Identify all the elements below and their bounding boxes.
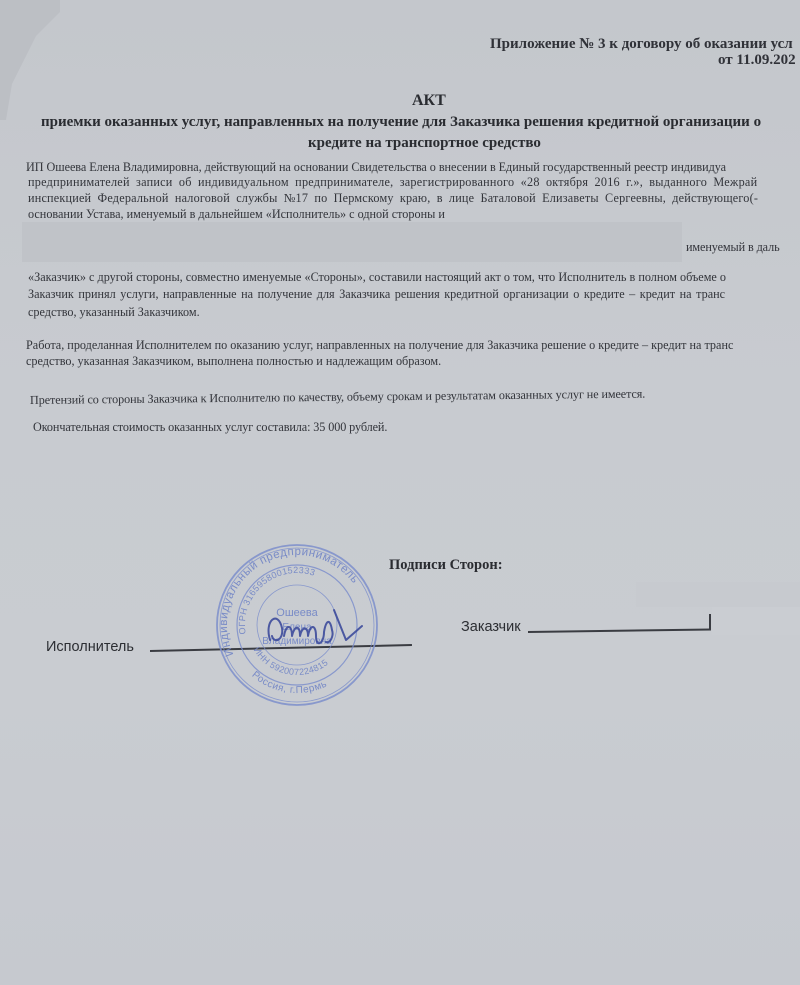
paragraph-no-claims: Претензий со стороны Заказчика к Исполни… [30, 387, 645, 408]
customer-signature-line [528, 628, 711, 632]
appendix-date: от 11.09.202 [718, 52, 796, 69]
document-title: АКТ [412, 92, 446, 110]
redacted-customer-name [22, 222, 682, 262]
text-line: Работа, проделанная Исполнителем по оказ… [26, 338, 800, 353]
text-line: основании Устава, именуемый в дальнейшем… [28, 207, 800, 222]
text-line: Заказчик принял услуги, направленные на … [28, 287, 800, 302]
text-line: «Заказчик» с другой стороны, совместно и… [28, 270, 800, 285]
document-subtitle-line1: приемки оказанных услуг, направленных на… [41, 114, 761, 131]
appendix-reference: Приложение № 3 к договору об оказании ус… [490, 36, 793, 53]
text-line: инспекцией Федеральной налоговой службы … [28, 191, 800, 206]
text-line: предпринимателей записи об индивидуально… [28, 175, 800, 190]
customer-label: Заказчик [461, 619, 521, 635]
text-fragment: именуемый в даль [686, 240, 780, 255]
text-line: средство, указанная Заказчиком, выполнен… [26, 354, 800, 369]
customer-signature-tick [709, 614, 711, 629]
signatures-heading: Подписи Сторон: [389, 557, 503, 574]
text-line: ИП Ошеева Елена Владимировна, действующи… [26, 160, 800, 175]
document-subtitle-line2: кредите на транспортное средство [308, 135, 541, 152]
redacted-customer-signature [712, 607, 800, 635]
executor-label: Исполнитель [46, 639, 134, 655]
svg-text:Ошеева: Ошеева [276, 607, 318, 619]
text-line: средство, указанный Заказчиком. [28, 305, 800, 320]
paragraph-final-cost: Окончательная стоимость оказанных услуг … [33, 420, 387, 435]
page-corner-shadow [0, 0, 60, 120]
document-page: Приложение № 3 к договору об оказании ус… [0, 0, 800, 985]
company-stamp-icon: Индивидуальный предприниматель ОГРН 3165… [212, 540, 382, 710]
redacted-area [636, 582, 800, 607]
